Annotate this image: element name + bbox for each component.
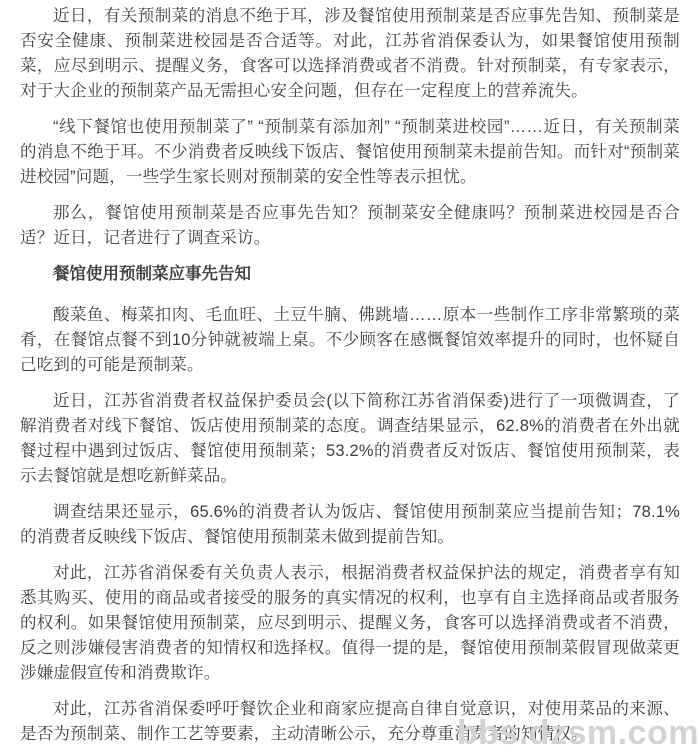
paragraph-survey: 近日，江苏省消费者权益保护委员会(以下简称江苏省消保委)进行了一项微调查，了解消… <box>20 389 680 489</box>
paragraph-official-statement: 对此，江苏省消保委有关负责人表示，根据消费者权益保护法的规定，消费者享有知悉其购… <box>20 561 680 686</box>
section-heading: 餐馆使用预制菜应事先告知 <box>20 262 680 287</box>
paragraph-news-roundup: “线下餐馆也使用预制菜了” “预制菜有添加剂” “预制菜进校园”……近日，有关预… <box>20 115 680 190</box>
article-page: 近日，有关预制菜的消息不绝于耳，涉及餐馆使用预制菜是否应事先告知、预制菜是否安全… <box>0 0 699 752</box>
paragraph-dishes: 酸菜鱼、梅菜扣肉、毛血旺、土豆牛腩、佛跳墙……原本一些制作工序非常繁琐的菜肴，在… <box>20 303 680 378</box>
paragraph-intro: 近日，有关预制菜的消息不绝于耳，涉及餐馆使用预制菜是否应事先告知、预制菜是否安全… <box>20 4 680 104</box>
article-body: 近日，有关预制菜的消息不绝于耳，涉及餐馆使用预制菜是否应事先告知、预制菜是否安全… <box>0 0 699 747</box>
paragraph-appeal: 对此，江苏省消保委呼吁餐饮企业和商家应提高自律自觉意识，对使用菜品的来源、是否为… <box>20 697 680 747</box>
paragraph-questions: 那么，餐馆使用预制菜是否应事先告知？预制菜安全健康吗？预制菜进校园是否合适？近日… <box>20 201 680 251</box>
paragraph-survey-results: 调查结果还显示，65.6%的消费者认为饭店、餐馆使用预制菜应当提前告知；78.1… <box>20 500 680 550</box>
